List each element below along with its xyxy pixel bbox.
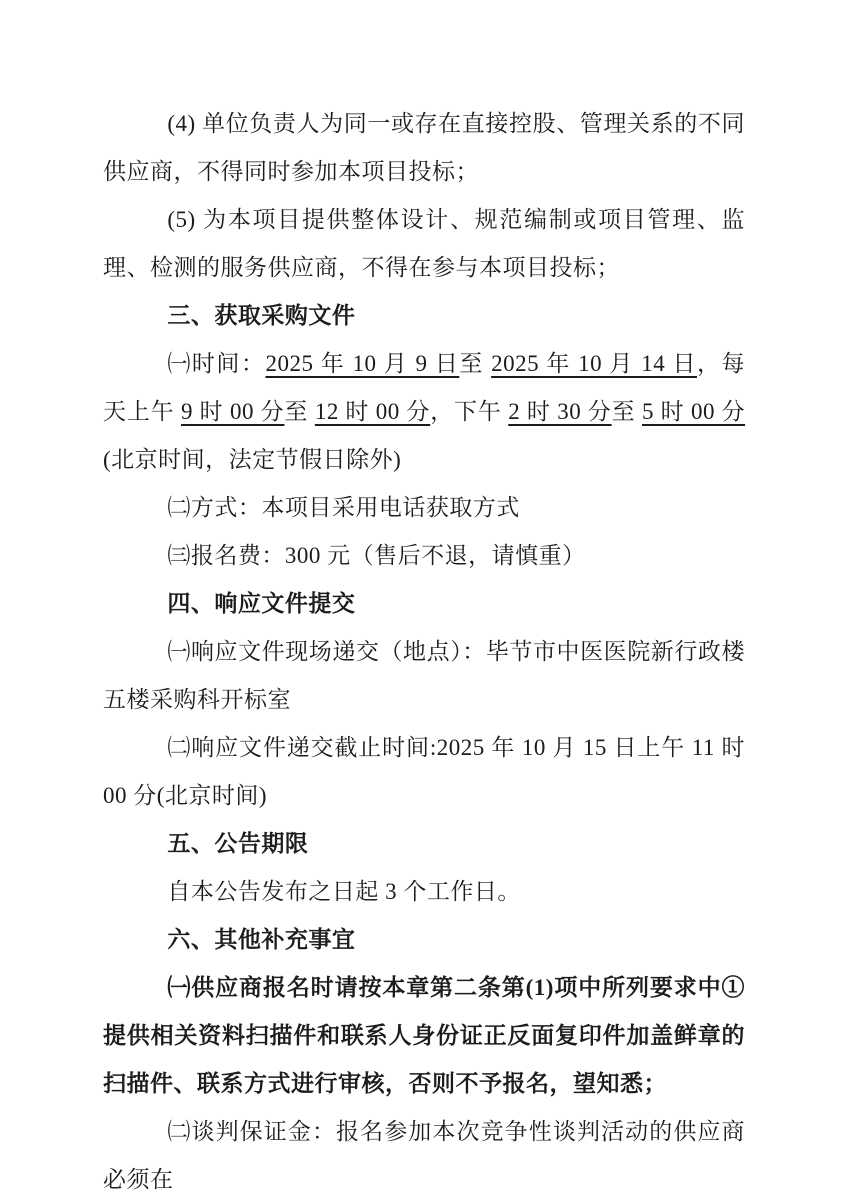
- document-content: (4) 单位负责人为同一或存在直接控股、管理关系的不同供应商，不得同时参加本项目…: [103, 100, 745, 1200]
- underlined-text: 2025 年 10 月 14 日: [491, 351, 697, 376]
- text-run: ㈢报名费：300 元（售后不退，请慎重）: [167, 543, 585, 568]
- paragraph: ㈠时间：2025 年 10 月 9 日至 2025 年 10 月 14 日，每天…: [103, 340, 745, 484]
- text-run: ，下午: [430, 399, 508, 424]
- paragraph: ㈡方式：本项目采用电话获取方式: [103, 484, 745, 532]
- text-run: 至: [284, 399, 314, 424]
- text-run: 六、其他补充事宜: [167, 927, 355, 952]
- paragraph: (5) 为本项目提供整体设计、规范编制或项目管理、监理、检测的服务供应商，不得在…: [103, 196, 745, 292]
- paragraph: ㈡谈判保证金：报名参加本次竞争性谈判活动的供应商必须在: [103, 1108, 745, 1200]
- document-page: (4) 单位负责人为同一或存在直接控股、管理关系的不同供应商，不得同时参加本项目…: [0, 0, 848, 1200]
- paragraph: ㈡响应文件递交截止时间:2025 年 10 月 15 日上午 11 时 00 分…: [103, 724, 745, 820]
- paragraph: 自本公告发布之日起 3 个工作日。: [103, 868, 745, 916]
- section-heading: 三、获取采购文件: [103, 292, 745, 340]
- underlined-text: 5 时 00 分: [642, 399, 745, 424]
- text-run: ㈡响应文件递交截止时间:2025 年 10 月 15 日上午 11 时 00 分…: [103, 735, 745, 808]
- text-run: (北京时间，法定节假日除外): [103, 447, 401, 472]
- underlined-text: 2 时 30 分: [508, 399, 611, 424]
- text-run: 三、获取采购文件: [167, 303, 355, 328]
- text-run: ㈠时间：: [167, 351, 265, 376]
- text-run: (5) 为本项目提供整体设计、规范编制或项目管理、监理、检测的服务供应商，不得在…: [103, 207, 745, 280]
- text-run: ㈡方式：本项目采用电话获取方式: [167, 495, 520, 520]
- text-run: ㈡谈判保证金：报名参加本次竞争性谈判活动的供应商必须在: [103, 1119, 745, 1192]
- paragraph: ㈢报名费：300 元（售后不退，请慎重）: [103, 532, 745, 580]
- underlined-text: 9 时 00 分: [181, 399, 284, 424]
- text-run: ㈠响应文件现场递交（地点）：毕节市中医医院新行政楼五楼采购科开标室: [103, 639, 745, 712]
- text-run: (4) 单位负责人为同一或存在直接控股、管理关系的不同供应商，不得同时参加本项目…: [103, 111, 745, 184]
- text-run: 至: [459, 351, 491, 376]
- paragraph: ㈠响应文件现场递交（地点）：毕节市中医医院新行政楼五楼采购科开标室: [103, 628, 745, 724]
- paragraph: ㈠供应商报名时请按本章第二条第(1)项中所列要求中①提供相关资料扫描件和联系人身…: [103, 964, 745, 1108]
- text-run: 四、响应文件提交: [167, 591, 355, 616]
- paragraph: (4) 单位负责人为同一或存在直接控股、管理关系的不同供应商，不得同时参加本项目…: [103, 100, 745, 196]
- text-run: 自本公告发布之日起 3 个工作日。: [167, 879, 521, 904]
- text-run: ㈠供应商报名时请按本章第二条第(1)项中所列要求中①提供相关资料扫描件和联系人身…: [103, 975, 745, 1096]
- text-run: 五、公告期限: [167, 831, 308, 856]
- section-heading: 六、其他补充事宜: [103, 916, 745, 964]
- section-heading: 四、响应文件提交: [103, 580, 745, 628]
- underlined-text: 2025 年 10 月 9 日: [265, 351, 459, 376]
- underlined-text: 12 时 00 分: [315, 399, 430, 424]
- text-run: 至: [612, 399, 642, 424]
- section-heading: 五、公告期限: [103, 820, 745, 868]
